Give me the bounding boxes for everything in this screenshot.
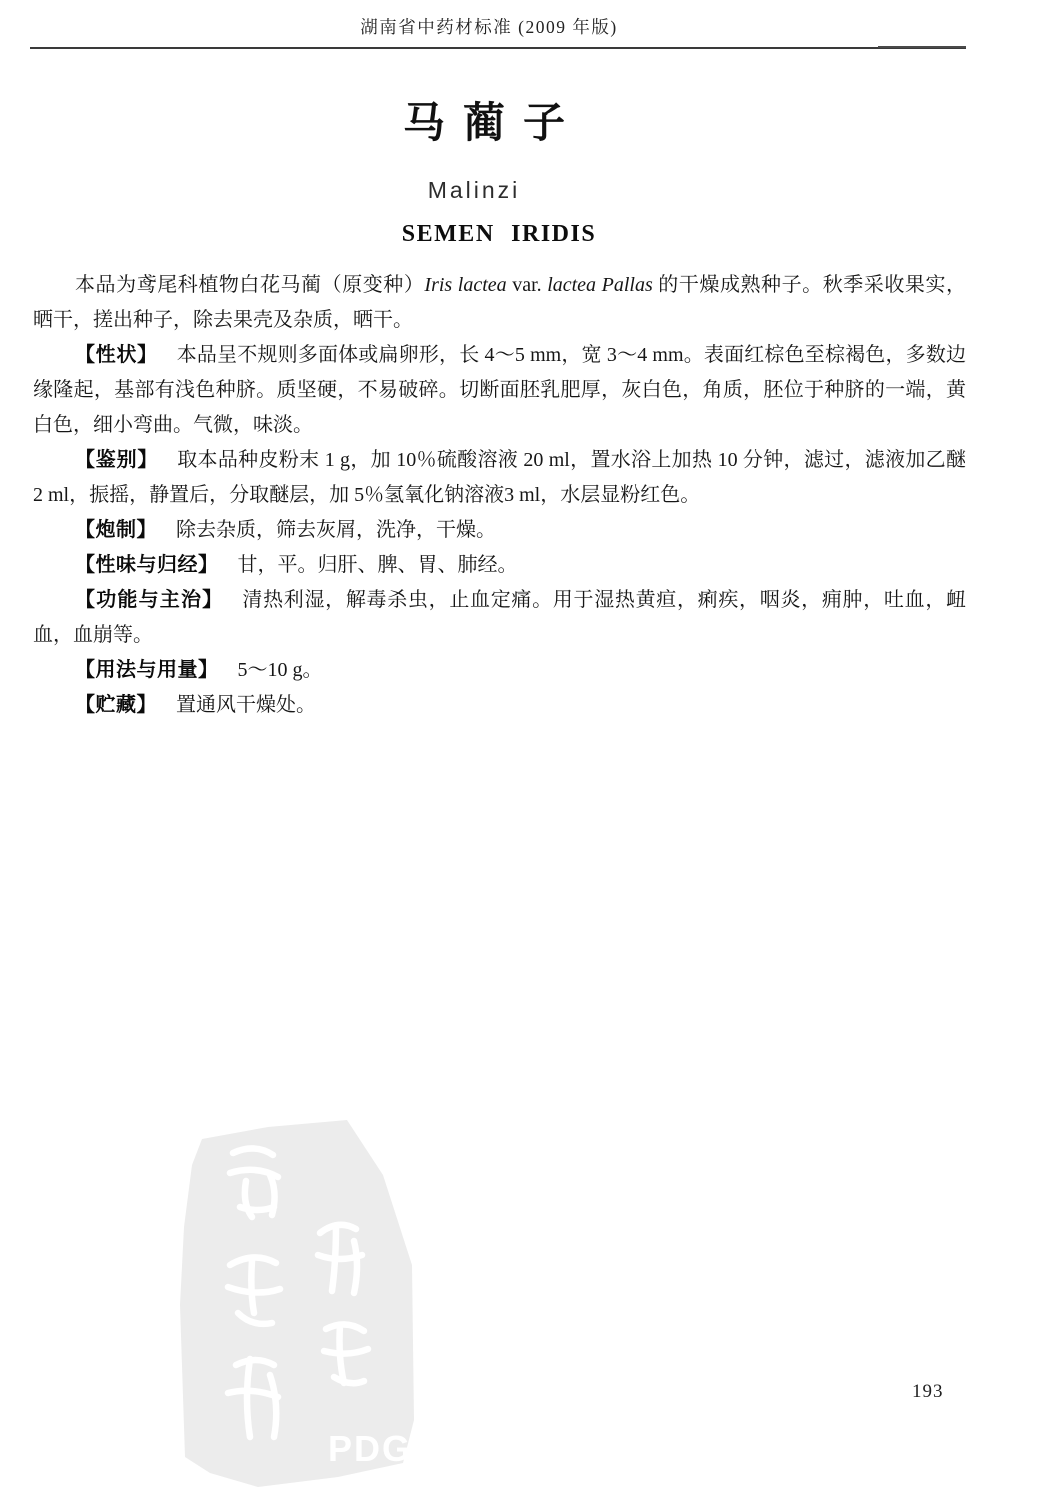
header-rule-end-segment xyxy=(878,46,966,49)
section-text: 本品呈不规则多面体或扁卵形，长 4～5 mm，宽 3～4 mm。表面红棕色至棕褐… xyxy=(33,344,966,436)
watermark-text: PDG xyxy=(328,1428,412,1469)
section-paragraph-property-meridian: 【性味与归经】甘，平。归肝、脾、胃、肺经。 xyxy=(33,548,966,583)
section-label: 【性状】 xyxy=(75,344,158,366)
section-label: 【炮制】 xyxy=(75,519,157,541)
intro-latin-var: var. xyxy=(507,274,548,296)
intro-text-before: 本品为鸢尾科植物白花马蔺（原变种） xyxy=(75,274,424,296)
stone-shape xyxy=(180,1120,414,1487)
section-text: 取本品种皮粉末 1 g，加 10％硫酸溶液 20 ml，置水浴上加热 10 分钟… xyxy=(33,449,966,506)
section-paragraph-characteristics: 【性状】本品呈不规则多面体或扁卵形，长 4～5 mm，宽 3～4 mm。表面红棕… xyxy=(33,338,966,443)
seal-script-glyphs-icon xyxy=(228,1148,368,1437)
section-paragraph-storage: 【贮藏】置通风干燥处。 xyxy=(33,688,966,723)
page-number: 193 xyxy=(912,1381,944,1403)
section-label: 【用法与用量】 xyxy=(75,659,219,681)
intro-latin-genus-species: Iris lactea xyxy=(424,274,506,296)
drug-title-chinese: 马蔺子 xyxy=(0,90,968,150)
drug-title-latin: SEMEN IRIDIS xyxy=(0,221,998,248)
section-text: 甘，平。归肝、脾、胃、肺经。 xyxy=(238,554,518,576)
section-paragraph-processing: 【炮制】除去杂质，筛去灰屑，洗净，干燥。 xyxy=(33,513,966,548)
section-paragraph-identification: 【鉴别】取本品种皮粉末 1 g，加 10％硫酸溶液 20 ml，置水浴上加热 1… xyxy=(33,443,966,513)
section-paragraph-dosage: 【用法与用量】5～10 g。 xyxy=(33,653,966,688)
page-header-title: 湖南省中药材标准 (2009 年版) xyxy=(360,17,617,37)
watermark-stone: PDG xyxy=(178,1115,423,1497)
page-header: 湖南省中药材标准 (2009 年版) xyxy=(0,14,978,39)
section-text: 除去杂质，筛去灰屑，洗净，干燥。 xyxy=(176,519,496,541)
document-page: 湖南省中药材标准 (2009 年版) 马蔺子 Malinzi SEMEN IRI… xyxy=(0,0,1038,1505)
section-text: 5～10 g。 xyxy=(238,659,323,681)
drug-title-pinyin: Malinzi xyxy=(0,177,948,204)
section-text: 置通风干燥处。 xyxy=(176,694,316,716)
monograph-body: 本品为鸢尾科植物白花马蔺（原变种）Iris lactea var. lactea… xyxy=(33,268,966,723)
intro-latin-variety-author: lactea Pallas xyxy=(547,274,653,296)
intro-paragraph: 本品为鸢尾科植物白花马蔺（原变种）Iris lactea var. lactea… xyxy=(33,268,966,338)
section-label: 【鉴别】 xyxy=(75,449,158,471)
section-paragraph-functions-indications: 【功能与主治】清热利湿，解毒杀虫，止血定痛。用于湿热黄疸，痢疾，咽炎，痈肿，吐血… xyxy=(33,583,966,653)
section-label: 【性味与归经】 xyxy=(75,554,219,576)
section-label: 【贮藏】 xyxy=(75,694,157,716)
section-label: 【功能与主治】 xyxy=(75,589,223,611)
header-rule xyxy=(30,47,966,49)
